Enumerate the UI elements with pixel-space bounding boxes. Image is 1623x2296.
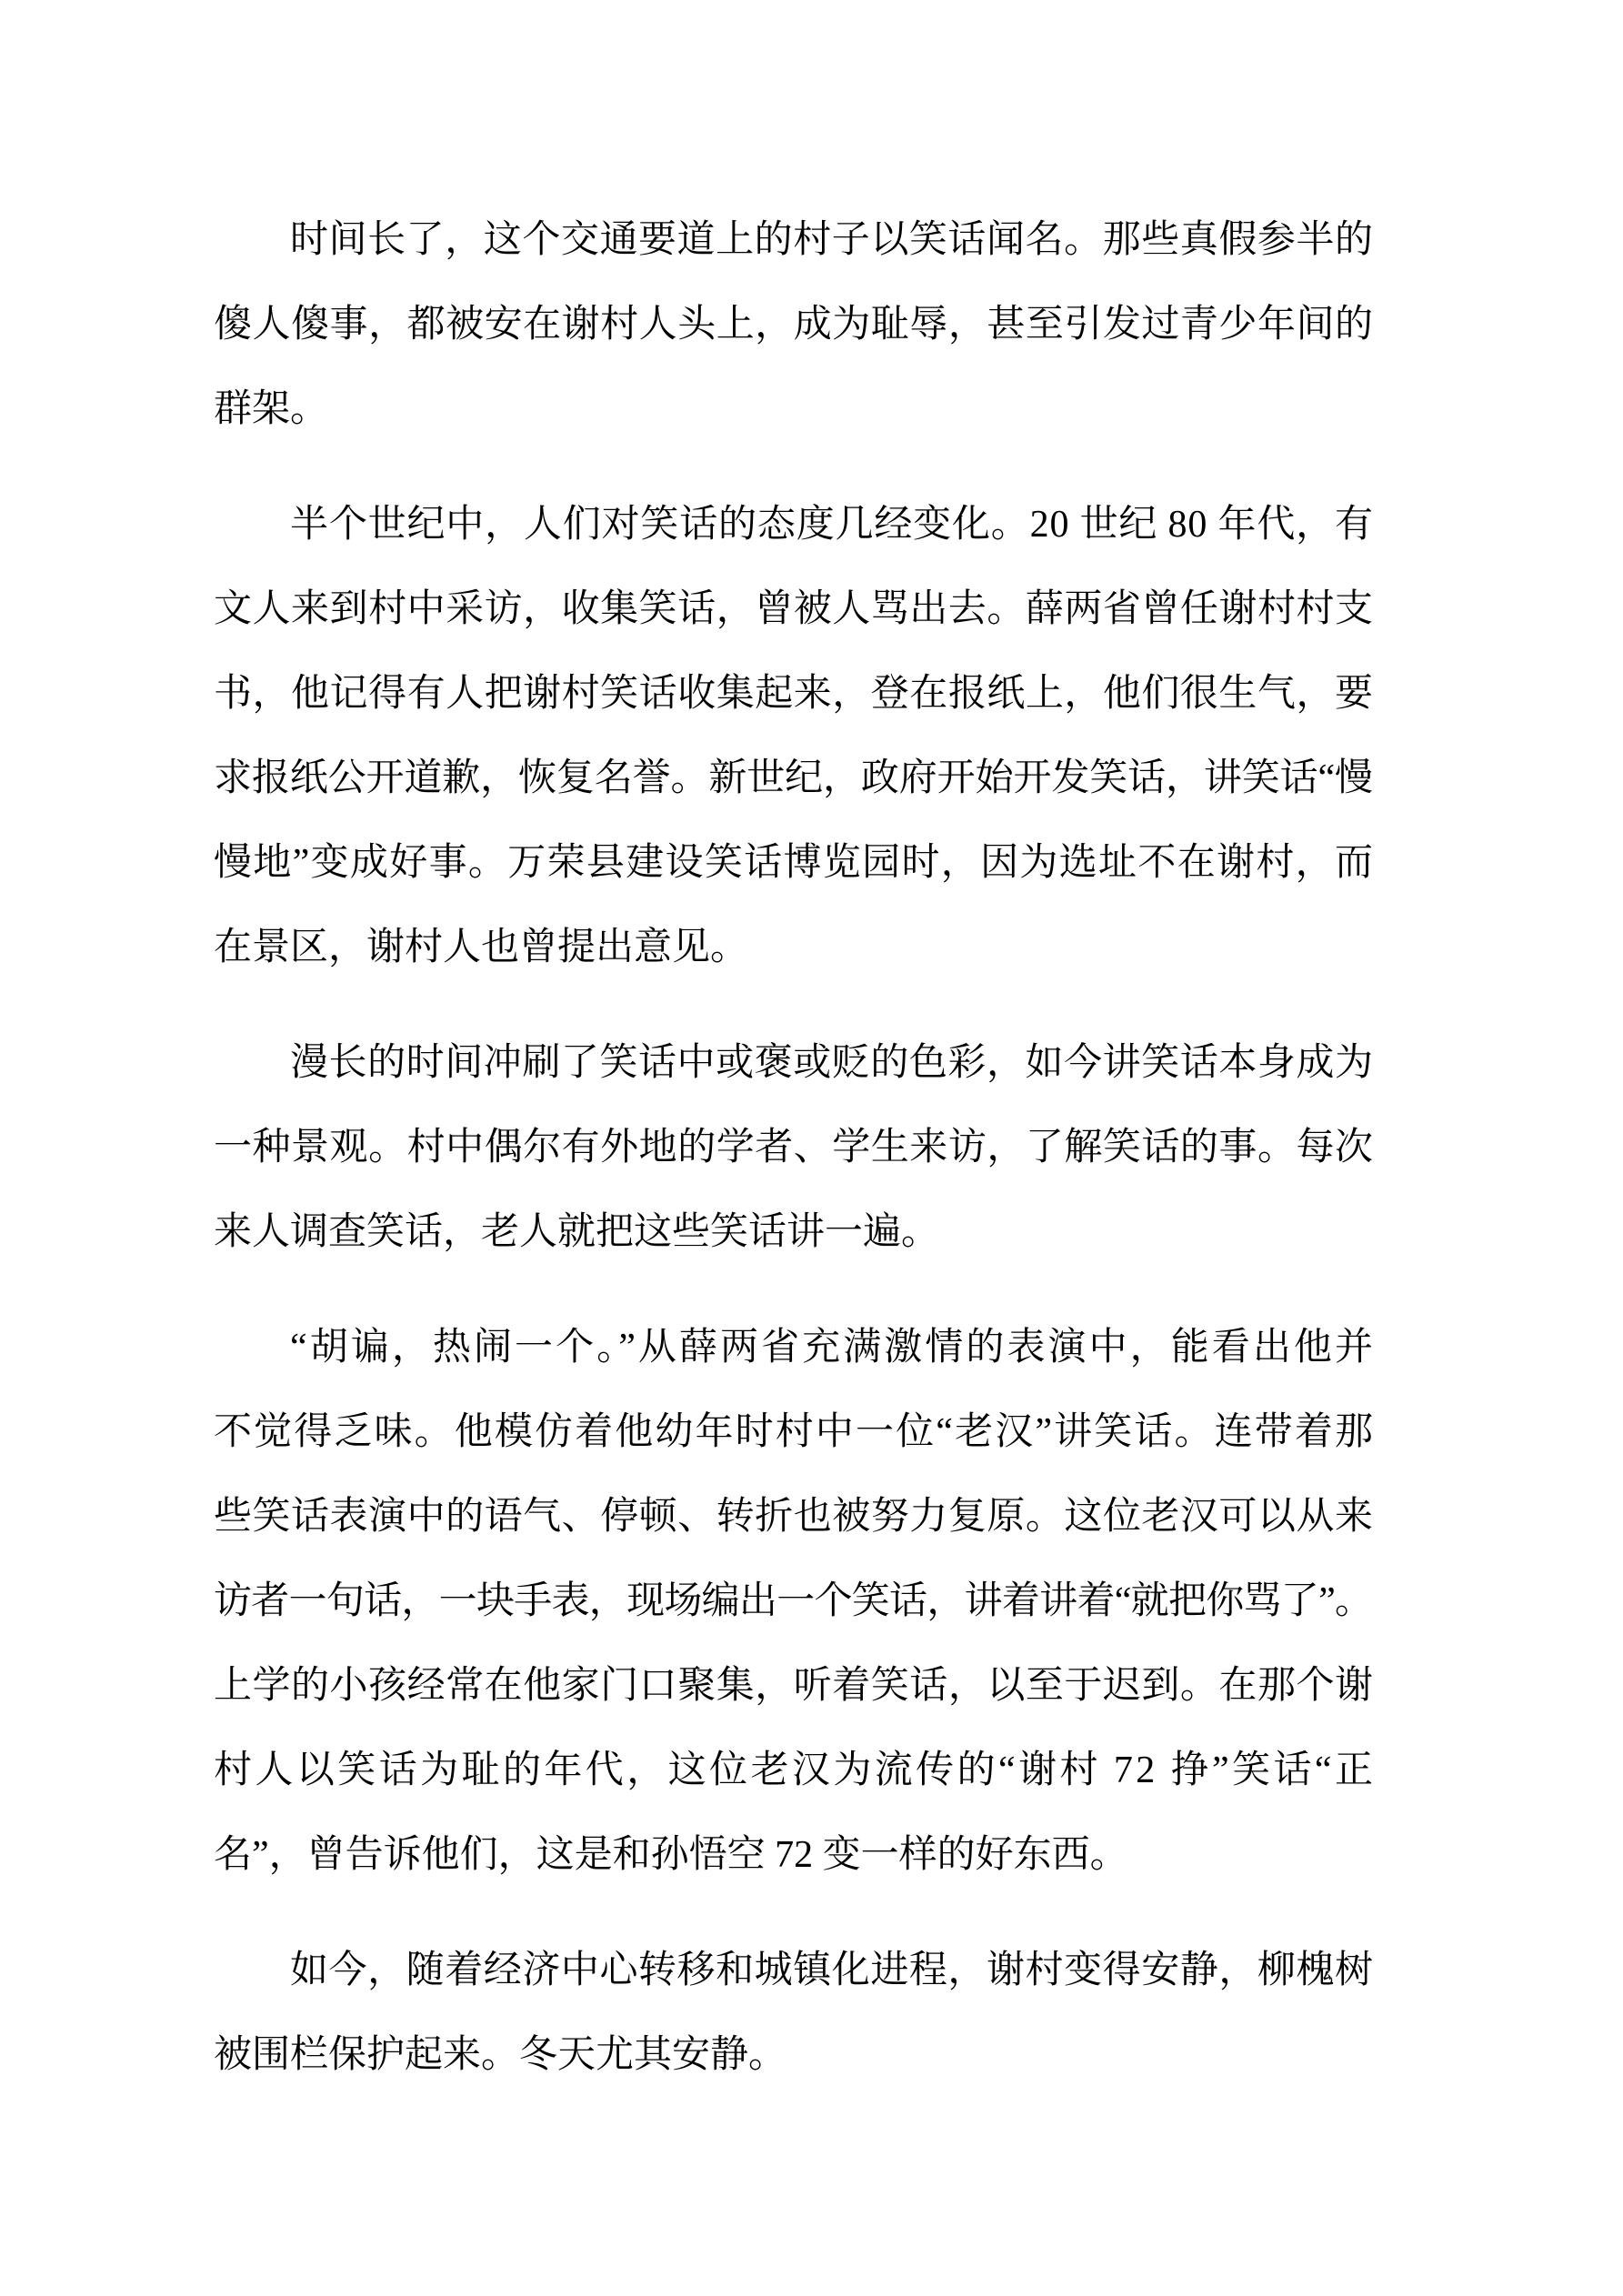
text-line: 时间长了，这个交通要道上的村子以笑话闻名。那些真假参半的 — [214, 198, 1373, 283]
text-line-content: 村人以笑话为耻的年代，这位老汉为流传的“谢村 72 挣”笑话“正 — [214, 1750, 1376, 1791]
text-line: 来人调查笑话，老人就把这些笑话讲一遍。 — [214, 1190, 1373, 1275]
text-line: 名”，曾告诉他们，这是和孙悟空 72 变一样的好东西。 — [214, 1813, 1373, 1898]
paragraph: 漫长的时间冲刷了笑话中或褒或贬的色彩，如今讲笑话本身成为一种景观。村中偶尔有外地… — [214, 1021, 1373, 1275]
text-line-content: 文人来到村中采访，收集笑话，曾被人骂出去。薛两省曾任谢村村支 — [214, 588, 1374, 630]
text-line: 求报纸公开道歉，恢复名誉。新世纪，政府开始开发笑话，讲笑话“慢 — [214, 737, 1373, 821]
text-line-content: 来人调查笑话，老人就把这些笑话讲一遍。 — [214, 1211, 939, 1253]
text-line: 访者一句话，一块手表，现场编出一个笑话，讲着讲着“就把你骂了”。 — [214, 1559, 1373, 1644]
document-page: 时间长了，这个交通要道上的村子以笑话闻名。那些真假参半的傻人傻事，都被安在谢村人… — [0, 0, 1623, 2296]
text-line-content: 在景区，谢村人也曾提出意见。 — [214, 927, 748, 968]
text-line-content: 群架。 — [214, 388, 328, 430]
text-line: 被围栏保护起来。冬天尤其安静。 — [214, 2013, 1373, 2098]
text-line-content: “胡谝，热闹一个。”从薛两省充满激情的表演中，能看出他并 — [290, 1327, 1376, 1369]
text-line: 些笑话表演中的语气、停顿、转折也被努力复原。这位老汉可以从来 — [214, 1475, 1373, 1559]
text-line: 不觉得乏味。他模仿着他幼年时村中一位“老汉”讲笑话。连带着那 — [214, 1390, 1373, 1475]
text-line: 半个世纪中，人们对笑话的态度几经变化。20 世纪 80 年代，有 — [214, 483, 1373, 567]
text-line-content: 如今，随着经济中心转移和城镇化进程，谢村变得安静，柳槐树 — [290, 1950, 1374, 1991]
text-line-content: 漫长的时间冲刷了笑话中或褒或贬的色彩，如今讲笑话本身成为 — [290, 1042, 1374, 1084]
text-line: 上学的小孩经常在他家门口聚集，听着笑话，以至于迟到。在那个谢 — [214, 1644, 1373, 1729]
text-line-content: 慢地”变成好事。万荣县建设笑话博览园时，因为选址不在谢村，而 — [214, 842, 1374, 884]
text-line-content: 名”，曾告诉他们，这是和孙悟空 72 变一样的好东西。 — [214, 1834, 1128, 1876]
text-line-content: 被围栏保护起来。冬天尤其安静。 — [214, 2034, 786, 2076]
text-line-content: 半个世纪中，人们对笑话的态度几经变化。20 世纪 80 年代，有 — [290, 504, 1374, 546]
text-line: 书，他记得有人把谢村笑话收集起来，登在报纸上，他们很生气，要 — [214, 652, 1373, 737]
text-line: 文人来到村中采访，收集笑话，曾被人骂出去。薛两省曾任谢村村支 — [214, 567, 1373, 652]
text-line: 傻人傻事，都被安在谢村人头上，成为耻辱，甚至引发过青少年间的 — [214, 283, 1373, 367]
text-line: 一种景观。村中偶尔有外地的学者、学生来访，了解笑话的事。每次 — [214, 1106, 1373, 1190]
paragraph: 如今，随着经济中心转移和城镇化进程，谢村变得安静，柳槐树被围栏保护起来。冬天尤其… — [214, 1929, 1373, 2098]
paragraph: “胡谝，热闹一个。”从薛两省充满激情的表演中，能看出他并不觉得乏味。他模仿着他幼… — [214, 1306, 1373, 1898]
text-line-content: 书，他记得有人把谢村笑话收集起来，登在报纸上，他们很生气，要 — [214, 673, 1374, 715]
text-line-content: 些笑话表演中的语气、停顿、转折也被努力复原。这位老汉可以从来 — [214, 1496, 1374, 1538]
text-line: 群架。 — [214, 367, 1373, 452]
text-line-content: 上学的小孩经常在他家门口聚集，听着笑话，以至于迟到。在那个谢 — [214, 1665, 1374, 1707]
paragraph: 时间长了，这个交通要道上的村子以笑话闻名。那些真假参半的傻人傻事，都被安在谢村人… — [214, 198, 1373, 452]
text-line: 村人以笑话为耻的年代，这位老汉为流传的“谢村 72 挣”笑话“正 — [214, 1729, 1373, 1813]
text-line-content: 访者一句话，一块手表，现场编出一个笑话，讲着讲着“就把你骂了”。 — [214, 1580, 1372, 1622]
paragraph: 半个世纪中，人们对笑话的态度几经变化。20 世纪 80 年代，有文人来到村中采访… — [214, 483, 1373, 990]
text-line: 在景区，谢村人也曾提出意见。 — [214, 906, 1373, 990]
text-line: 如今，随着经济中心转移和城镇化进程，谢村变得安静，柳槐树 — [214, 1929, 1373, 2013]
text-line-content: 求报纸公开道歉，恢复名誉。新世纪，政府开始开发笑话，讲笑话“慢 — [214, 757, 1373, 799]
document-text: 时间长了，这个交通要道上的村子以笑话闻名。那些真假参半的傻人傻事，都被安在谢村人… — [214, 198, 1373, 2098]
text-line: 漫长的时间冲刷了笑话中或褒或贬的色彩，如今讲笑话本身成为 — [214, 1021, 1373, 1106]
text-line-content: 时间长了，这个交通要道上的村子以笑话闻名。那些真假参半的 — [290, 219, 1374, 261]
text-line-content: 一种景观。村中偶尔有外地的学者、学生来访，了解笑话的事。每次 — [214, 1127, 1374, 1168]
text-line: 慢地”变成好事。万荣县建设笑话博览园时，因为选址不在谢村，而 — [214, 821, 1373, 906]
text-line: “胡谝，热闹一个。”从薛两省充满激情的表演中，能看出他并 — [214, 1306, 1373, 1390]
text-line-content: 不觉得乏味。他模仿着他幼年时村中一位“老汉”讲笑话。连带着那 — [214, 1411, 1375, 1453]
text-line-content: 傻人傻事，都被安在谢村人头上，成为耻辱，甚至引发过青少年间的 — [214, 304, 1374, 346]
